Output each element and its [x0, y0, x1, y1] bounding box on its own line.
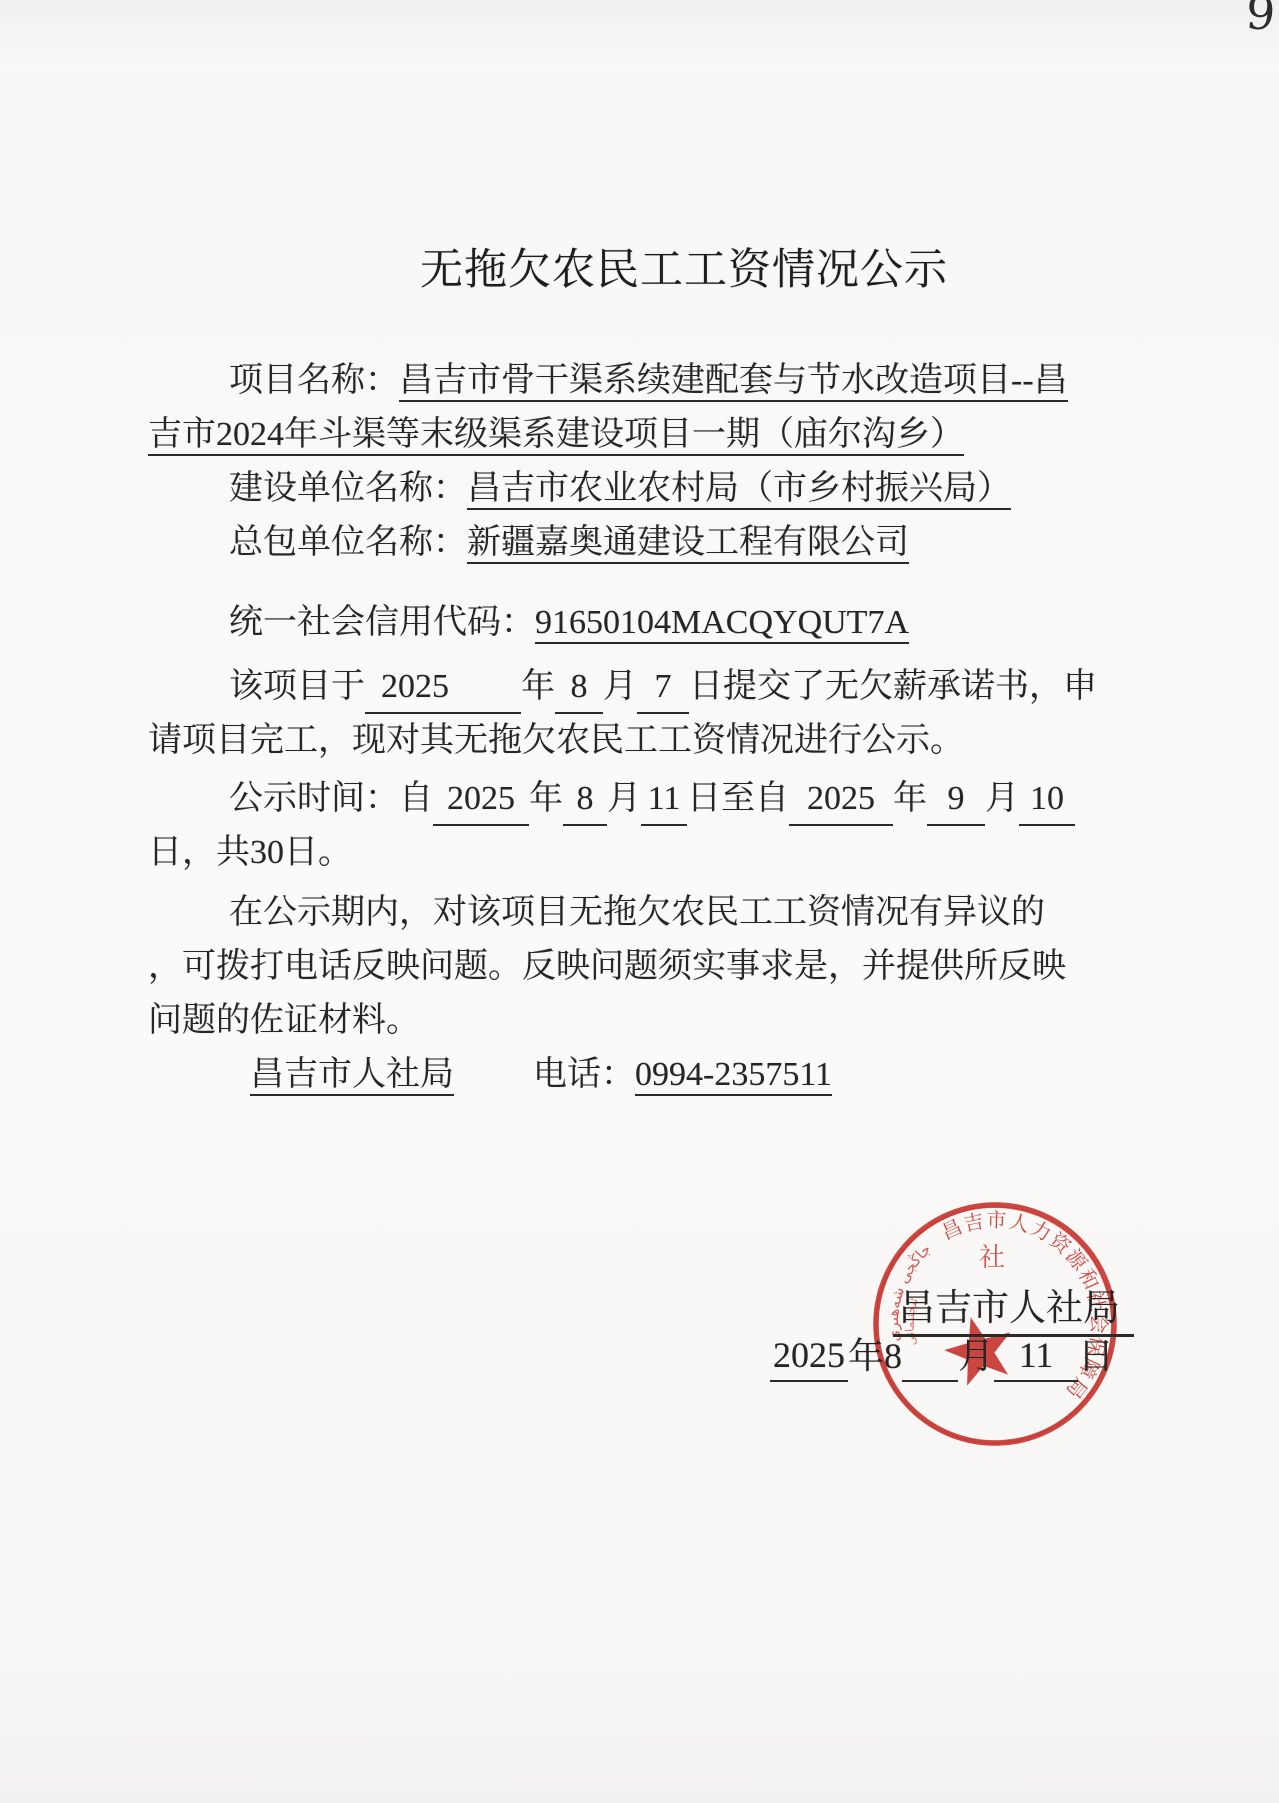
commitment-month-blank: 8 — [555, 662, 603, 714]
month-unit: 月 — [607, 780, 641, 817]
contractor-value: 新疆嘉奥通建设工程有限公司 — [467, 524, 909, 564]
publicity-start-year-blank: 2025 — [433, 774, 529, 826]
month-unit: 月 — [985, 780, 1019, 817]
phone-label: 电话： — [533, 1056, 635, 1093]
credit-code-line: 统一社会信用代码：91650104MACQYQUT7A — [148, 596, 1168, 650]
publicity-end-day-blank: 10 — [1019, 774, 1075, 826]
publicity-prefix: 公示时间：自 — [229, 780, 433, 817]
signature-day-blank: 11 — [994, 1330, 1078, 1382]
builder-line: 建设单位名称：昌吉市农业农村局（市乡村振兴局） — [148, 462, 1168, 516]
year-unit: 年 — [893, 780, 927, 817]
commitment-suffix: 日提交了无欠薪承诺书，申 — [689, 668, 1097, 705]
signature-month: 8 — [884, 1336, 902, 1376]
objection-line2: ，可拨打电话反映问题。反映问题须实事求是，并提供所反映 — [148, 940, 1168, 994]
publicity-end-year-blank: 2025 — [789, 774, 893, 826]
objection-line1: 在公示期内，对该项目无拖欠农民工工资情况有异议的 — [148, 886, 1168, 940]
project-name-value-line1: 昌吉市骨干渠系续建配套与节水改造项目--昌 — [399, 362, 1068, 402]
contact-line: 昌吉市人社局电话：0994-2357511 — [148, 1048, 1168, 1102]
month-unit: 月 — [603, 668, 637, 705]
builder-value: 昌吉市农业农村局（市乡村振兴局） — [467, 470, 1011, 510]
signature-org: 昌吉市人社局 — [893, 1277, 1134, 1337]
publicity-end-month-blank: 9 — [927, 774, 985, 826]
signature-date-line: 2025年8 月11日 — [770, 1330, 1114, 1382]
contractor-label: 总包单位名称： — [229, 524, 467, 561]
handwritten-page-number: 9 — [1244, 0, 1277, 41]
project-name-line2: 吉市2024年斗渠等末级渠系建设项目一期（庙尔沟乡） — [148, 408, 1168, 462]
project-name-line1: 项目名称：昌吉市骨干渠系续建配套与节水改造项目--昌 — [148, 354, 1168, 408]
year-unit: 年 — [521, 668, 555, 705]
commitment-line1: 该项目于2025年8月7日提交了无欠薪承诺书，申 — [148, 660, 1168, 714]
project-name-label: 项目名称： — [229, 362, 399, 399]
builder-label: 建设单位名称： — [229, 470, 467, 507]
publicity-period-line1: 公示时间：自2025年8月11日至自2025年9月10 — [148, 772, 1168, 826]
day-unit: 日 — [1078, 1336, 1114, 1376]
commitment-day-blank: 7 — [637, 662, 689, 714]
publicity-period-line2: 日，共30日。 — [148, 826, 1168, 880]
publicity-start-month-blank: 8 — [563, 774, 607, 826]
project-name-value-line2: 吉市2024年斗渠等末级渠系建设项目一期（庙尔沟乡） — [148, 416, 964, 456]
commitment-line2: 请项目完工，现对其无拖欠农民工工资情况进行公示。 — [148, 714, 1168, 768]
scanned-notice-page: 9 无拖欠农民工工资情况公示 项目名称：昌吉市骨干渠系续建配套与节水改造项目--… — [0, 0, 1279, 1803]
year-unit: 年 — [848, 1336, 884, 1376]
month-unit: 月 — [958, 1336, 994, 1376]
seal-inner-char: 社 — [979, 1243, 1005, 1272]
notice-document: 无拖欠农民工工资情况公示 项目名称：昌吉市骨干渠系续建配套与节水改造项目--昌 … — [148, 0, 1168, 1102]
objection-line3: 问题的佐证材料。 — [148, 994, 1168, 1048]
signature-year-blank: 2025 — [770, 1330, 848, 1382]
credit-code-value: 91650104MACQYQUT7A — [535, 604, 909, 644]
contact-org: 昌吉市人社局 — [250, 1056, 454, 1096]
commitment-prefix: 该项目于 — [229, 668, 365, 705]
credit-code-label: 统一社会信用代码： — [229, 604, 535, 641]
publicity-middle: 日至自 — [687, 780, 789, 817]
year-unit: 年 — [529, 780, 563, 817]
contractor-line: 总包单位名称：新疆嘉奥通建设工程有限公司 — [148, 516, 1168, 570]
phone-number: 0994-2357511 — [635, 1056, 832, 1096]
notice-title: 无拖欠农民工工资情况公示 — [174, 244, 1194, 298]
commitment-year-blank: 2025 — [365, 662, 521, 714]
date-blank-underline — [902, 1330, 958, 1382]
publicity-start-day-blank: 11 — [641, 774, 687, 826]
